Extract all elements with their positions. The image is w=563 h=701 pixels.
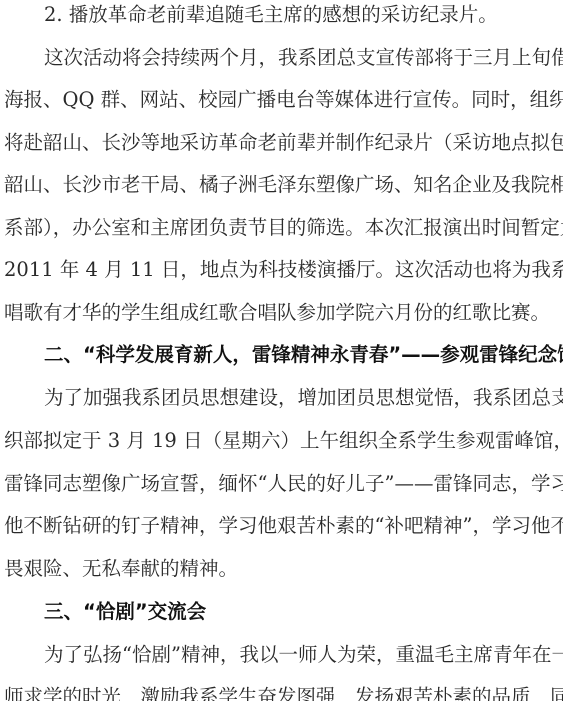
paragraph-line: 将赴韶山、长沙等地采访革命老前辈并制作纪录片（采访地点拟包含: [4, 131, 560, 155]
paragraph-line: 系部），办公室和主席团负责节目的筛选。本次汇报演出时间暂定为: [4, 216, 560, 240]
paragraph-line: 2011 年 4 月 11 日，地点为科技楼演播厅。这次活动也将为我系选出: [4, 258, 560, 282]
section-heading-2: 二、“科学发展育新人，雷锋精神永青春”——参观雷锋纪念馆: [44, 343, 560, 367]
paragraph-line: 这次活动将会持续两个月，我系团总支宣传部将于三月上旬借助: [44, 46, 560, 70]
paragraph-line: 雷锋同志塑像广场宣誓，缅怀“人民的好儿子”——雷锋同志，学习: [4, 472, 560, 496]
paragraph-line: 师求学的时光，激励我系学生奋发图强，发扬艰苦朴素的品质，同时: [4, 685, 560, 701]
paragraph-line: 韶山、长沙市老干局、橘子洲毛泽东塑像广场、知名企业及我院相关: [4, 173, 560, 197]
list-item-2: 2. 播放革命老前辈追随毛主席的感想的采访纪录片。: [44, 3, 560, 27]
paragraph-line: 织部拟定于 3 月 19 日（星期六）上午组织全系学生参观雷峰馆，在: [4, 429, 560, 453]
paragraph-line: 他不断钻研的钉子精神，学习他艰苦朴素的“补吧精神”，学习他不: [4, 514, 560, 538]
paragraph-line: 唱歌有才华的学生组成红歌合唱队参加学院六月份的红歌比赛。: [4, 301, 560, 325]
paragraph-line: 为了加强我系团员思想建设，增加团员思想觉悟，我系团总支组: [44, 386, 560, 410]
section-heading-3: 三、“恰剧”交流会: [44, 600, 560, 624]
paragraph-line: 畏艰险、无私奉献的精神。: [4, 557, 560, 581]
paragraph-line: 海报、QQ 群、网站、校园广播电台等媒体进行宣传。同时，组织部: [4, 88, 560, 112]
paragraph-line: 为了弘扬“恰剧”精神，我以一师人为荣，重温毛主席青年在一: [44, 643, 560, 667]
